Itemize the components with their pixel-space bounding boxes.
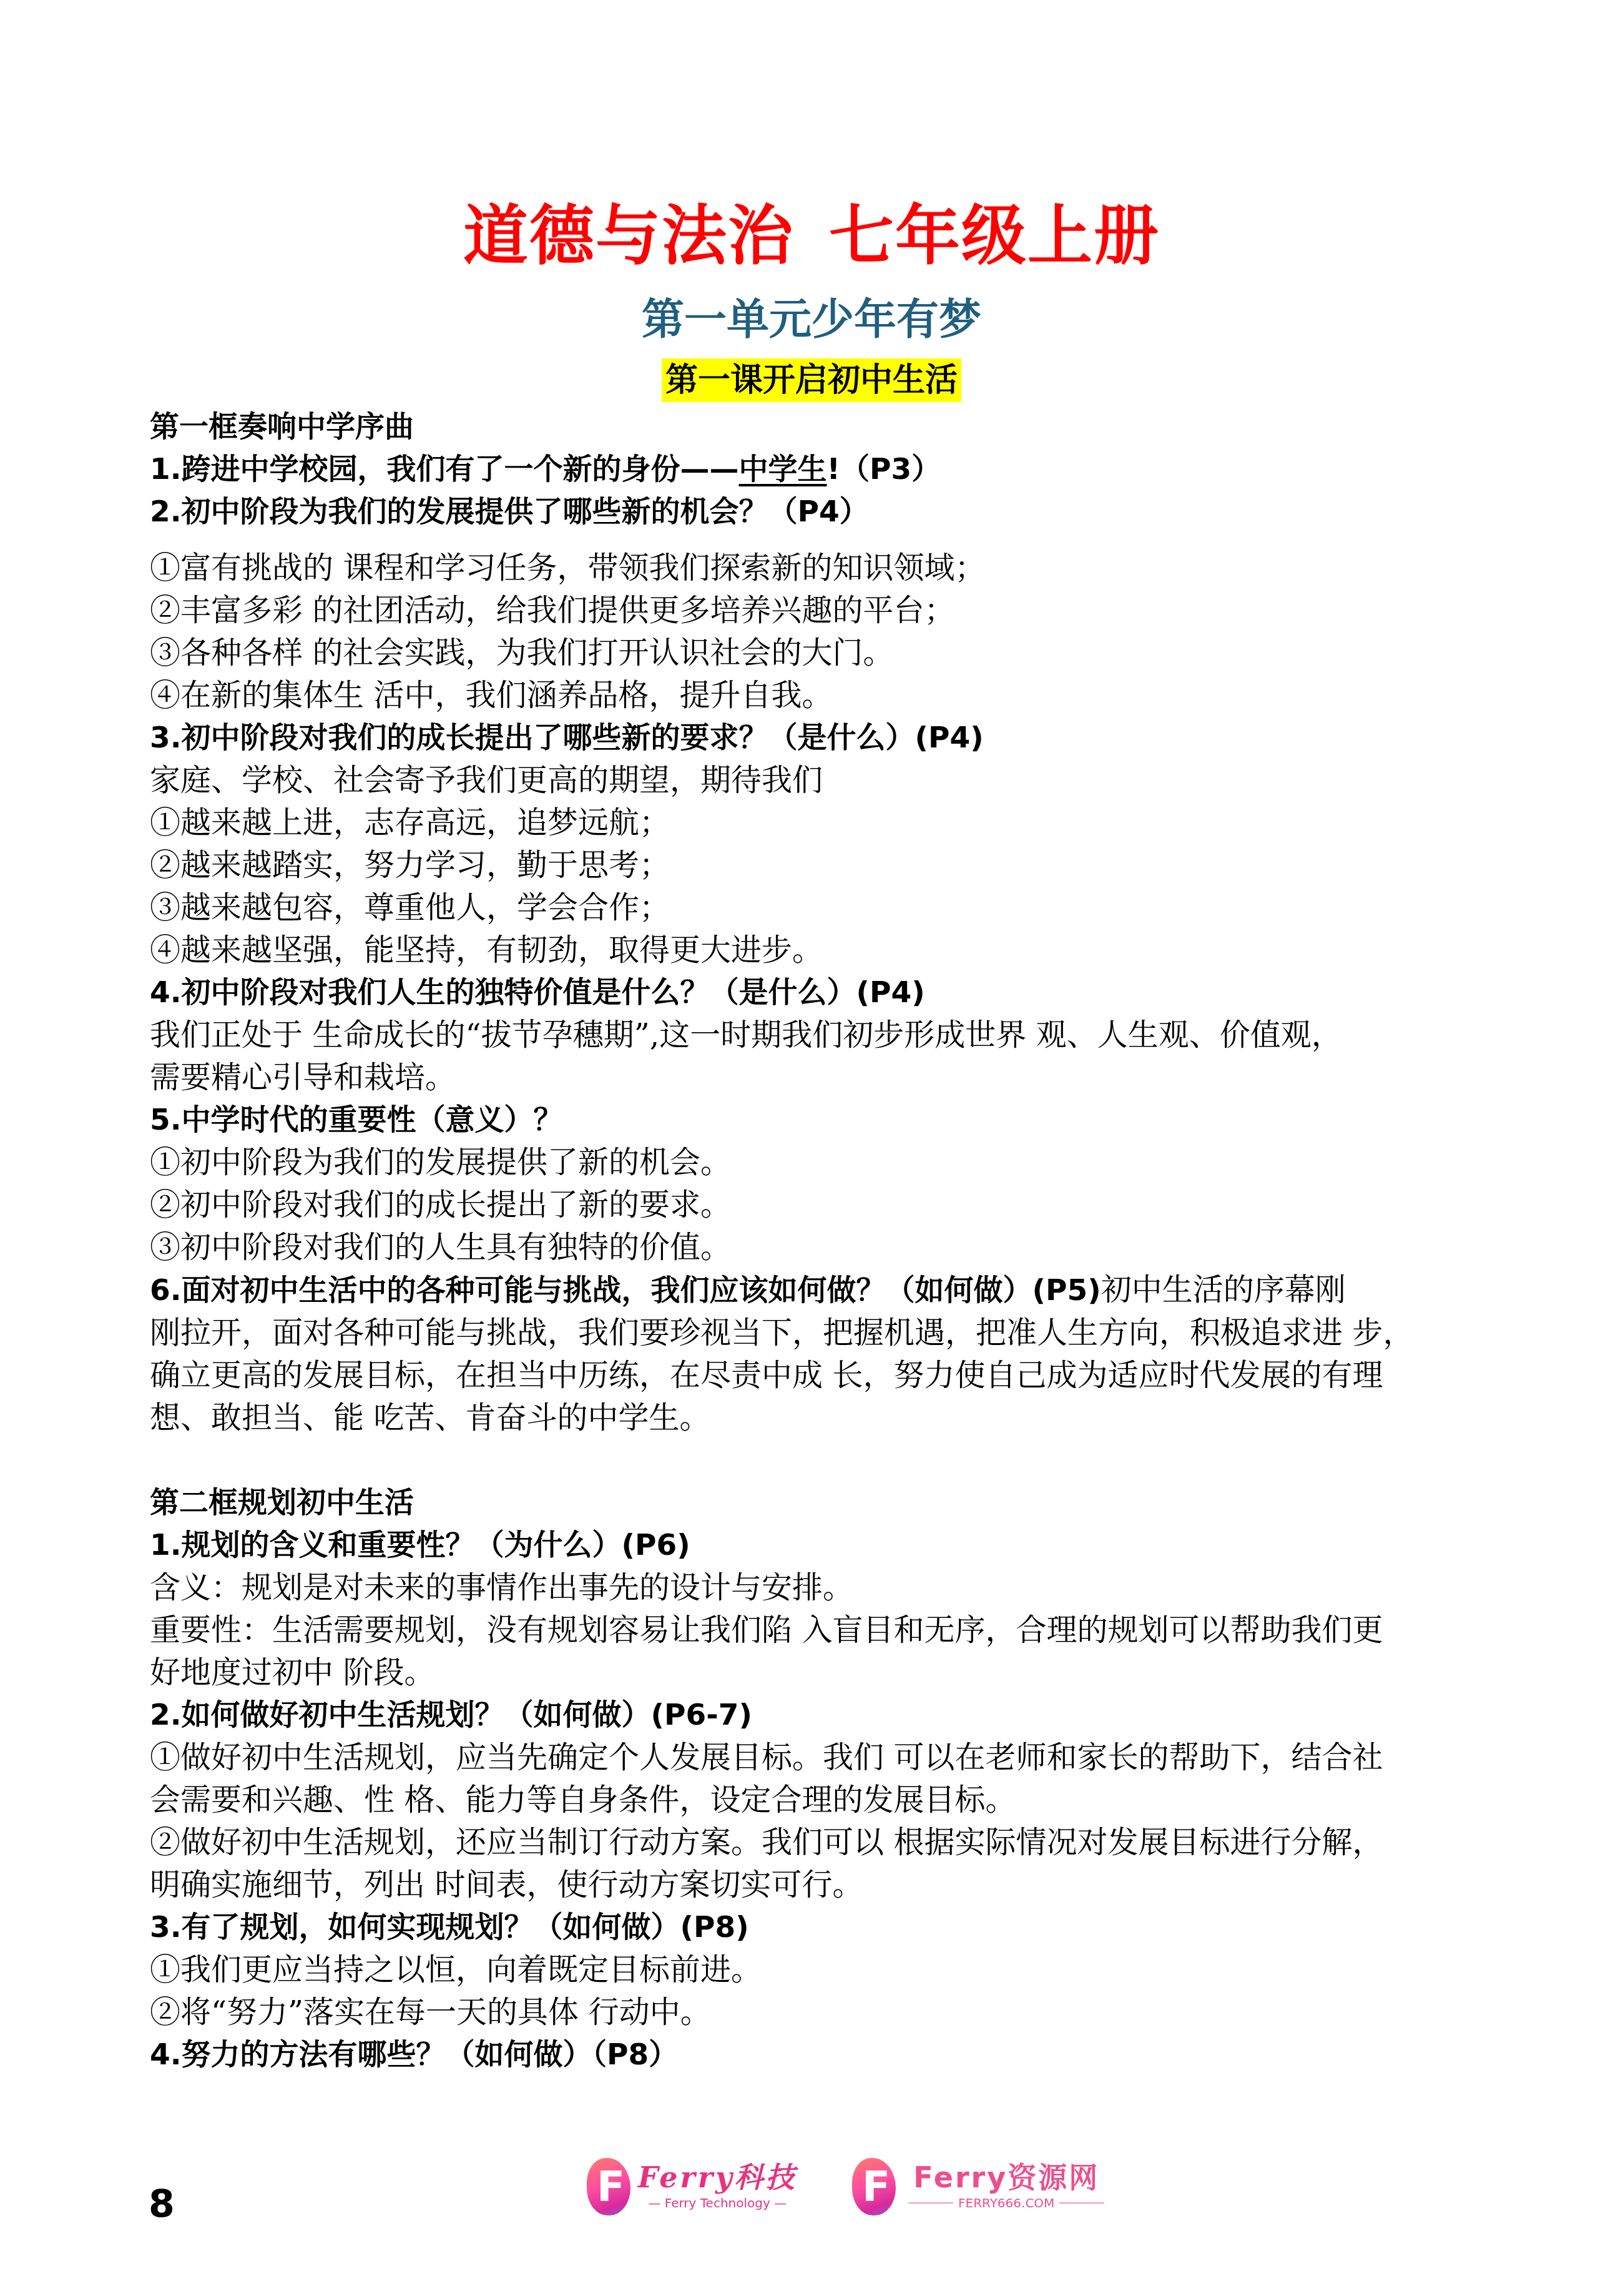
title-subject: 道德与法治 [463,197,794,274]
list-item: ④在新的集体生 活中，我们涵养品格，提升自我。 [150,674,1479,717]
list-item: ②初中阶段对我们的成长提出了新的要求。 [150,1184,1479,1226]
page-title: 道德与法治七年级上册 [0,199,1623,273]
question-2: 2.如何做好初中生活规划？（如何做）(P6-7) [150,1694,1479,1737]
logo-name: Ferry资源网 [913,2160,1099,2195]
question-4: 4.初中阶段对我们人生的独特价值是什么？（是什么）(P4) [150,972,1479,1014]
answer-line: 好地度过初中 阶段。 [150,1652,1479,1694]
answer-line: ①做好初中生活规划，应当先确定个人发展目标。我们 可以在老师和家长的帮助下，结合… [150,1737,1479,1779]
lesson-heading-highlighted: 第一课开启初中生活 [662,358,961,402]
question-3: 3.初中阶段对我们的成长提出了哪些新的要求？（是什么）(P4) [150,717,1479,759]
logo-name: Ferry科技 [638,2160,797,2195]
answer-line: 我们正处于 生命成长的“拔节孕穗期”,这一时期我们初步形成世界 观、人生观、价值… [150,1014,1479,1057]
answer-line: 确立更高的发展目标，在担当中历练，在尽责中成 长，努力使自己成为适应时代发展的有… [150,1354,1479,1397]
logo-tagline: — Ferry Technology — [648,2195,787,2211]
unit-heading: 第一单元少年有梦 [0,293,1623,346]
section-heading: 第二框规划初中生活 [150,1482,1479,1524]
answer-line: 需要精心引导和栽培。 [150,1057,1479,1099]
question-5: 5.中学时代的重要性（意义）？ [150,1099,1479,1141]
page-number: 8 [149,2182,175,2226]
list-item: ③越来越包容，尊重他人，学会合作； [150,887,1479,929]
answer-line: 重要性：生活需要规划，没有规划容易让我们陷 入盲目和无序，合理的规划可以帮助我们… [150,1609,1479,1652]
answer-line: 会需要和兴趣、性 格、能力等自身条件，设定合理的发展目标。 [150,1779,1479,1821]
answer-line: 明确实施细节，列出 时间表，使行动方案切实可行。 [150,1864,1479,1906]
document-body: 第一框奏响中学序曲 1.跨进中学校园，我们有了一个新的身份——中学生!（P3） … [150,406,1479,2076]
underlined-term: 中学生 [739,452,827,486]
list-item: ②将“努力”落实在每一天的具体 行动中。 [150,1991,1479,2034]
section-heading: 第一框奏响中学序曲 [150,406,1479,448]
list-item: ③各种各样 的社会实践，为我们打开认识社会的大门。 [150,632,1479,674]
ferry-technology-logo: F Ferry科技 — Ferry Technology — [587,2148,797,2223]
ferry-f-logo-icon: F [852,2154,897,2217]
answer-line: 想、敢担当、能 吃苦、肯奋斗的中学生。 [150,1397,1479,1439]
answer-line: 刚拉开，面对各种可能与挑战，我们要珍视当下，把握机遇，把准人生方向，积极追求进 … [150,1312,1479,1354]
answer-intro: 家庭、学校、社会寄予我们更高的期望，期待我们 [150,759,1479,802]
question-3: 3.有了规划，如何实现规划？（如何做）(P8) [150,1906,1479,1949]
question-6: 6.面对初中生活中的各种可能与挑战，我们应该如何做？（如何做）(P5)初中生活的… [150,1269,1479,1312]
answer-line: ②做好初中生活规划，还应当制订行动方案。我们可以 根据实际情况对发展目标进行分解… [150,1821,1479,1864]
list-item: ①初中阶段为我们的发展提供了新的机会。 [150,1141,1479,1184]
list-item: ②丰富多彩 的社团活动，给我们提供更多培养兴趣的平台； [150,589,1479,632]
answer-inline: 初中生活的序幕刚 [1101,1272,1346,1308]
question-4: 4.努力的方法有哪些？（如何做）（P8） [150,2034,1479,2076]
list-item: ②越来越踏实，努力学习，勤于思考； [150,844,1479,887]
list-item: ③初中阶段对我们的人生具有独特的价值。 [150,1226,1479,1269]
ferry-f-logo-icon: F [587,2154,632,2217]
list-item: ①我们更应当持之以恒，向着既定目标前进。 [150,1949,1479,1991]
list-item: ①越来越上进，志存高远，追梦远航； [150,802,1479,844]
logo-tagline: FERRY666.COM [903,2195,1109,2211]
list-item: ④越来越坚强，能坚持，有韧劲，取得更大进步。 [150,929,1479,972]
question-1: 1.规划的含义和重要性？（为什么）(P6) [150,1524,1479,1567]
answer-line: 含义：规划是对未来的事情作出事先的设计与安排。 [150,1567,1479,1609]
document-page: 道德与法治七年级上册 第一单元少年有梦 第一课开启初中生活 第一框奏响中学序曲 … [0,0,1623,2296]
ferry-resource-logo: F Ferry资源网 FERRY666.COM [852,2148,1109,2223]
question-2: 2.初中阶段为我们的发展提供了哪些新的机会？（P4） [150,491,1479,533]
question-1: 1.跨进中学校园，我们有了一个新的身份——中学生!（P3） [150,448,1479,491]
lesson-heading-wrap: 第一课开启初中生活 [0,358,1623,402]
title-grade: 七年级上册 [829,197,1160,274]
list-item: ①富有挑战的 课程和学习任务，带领我们探索新的知识领域； [150,547,1479,589]
